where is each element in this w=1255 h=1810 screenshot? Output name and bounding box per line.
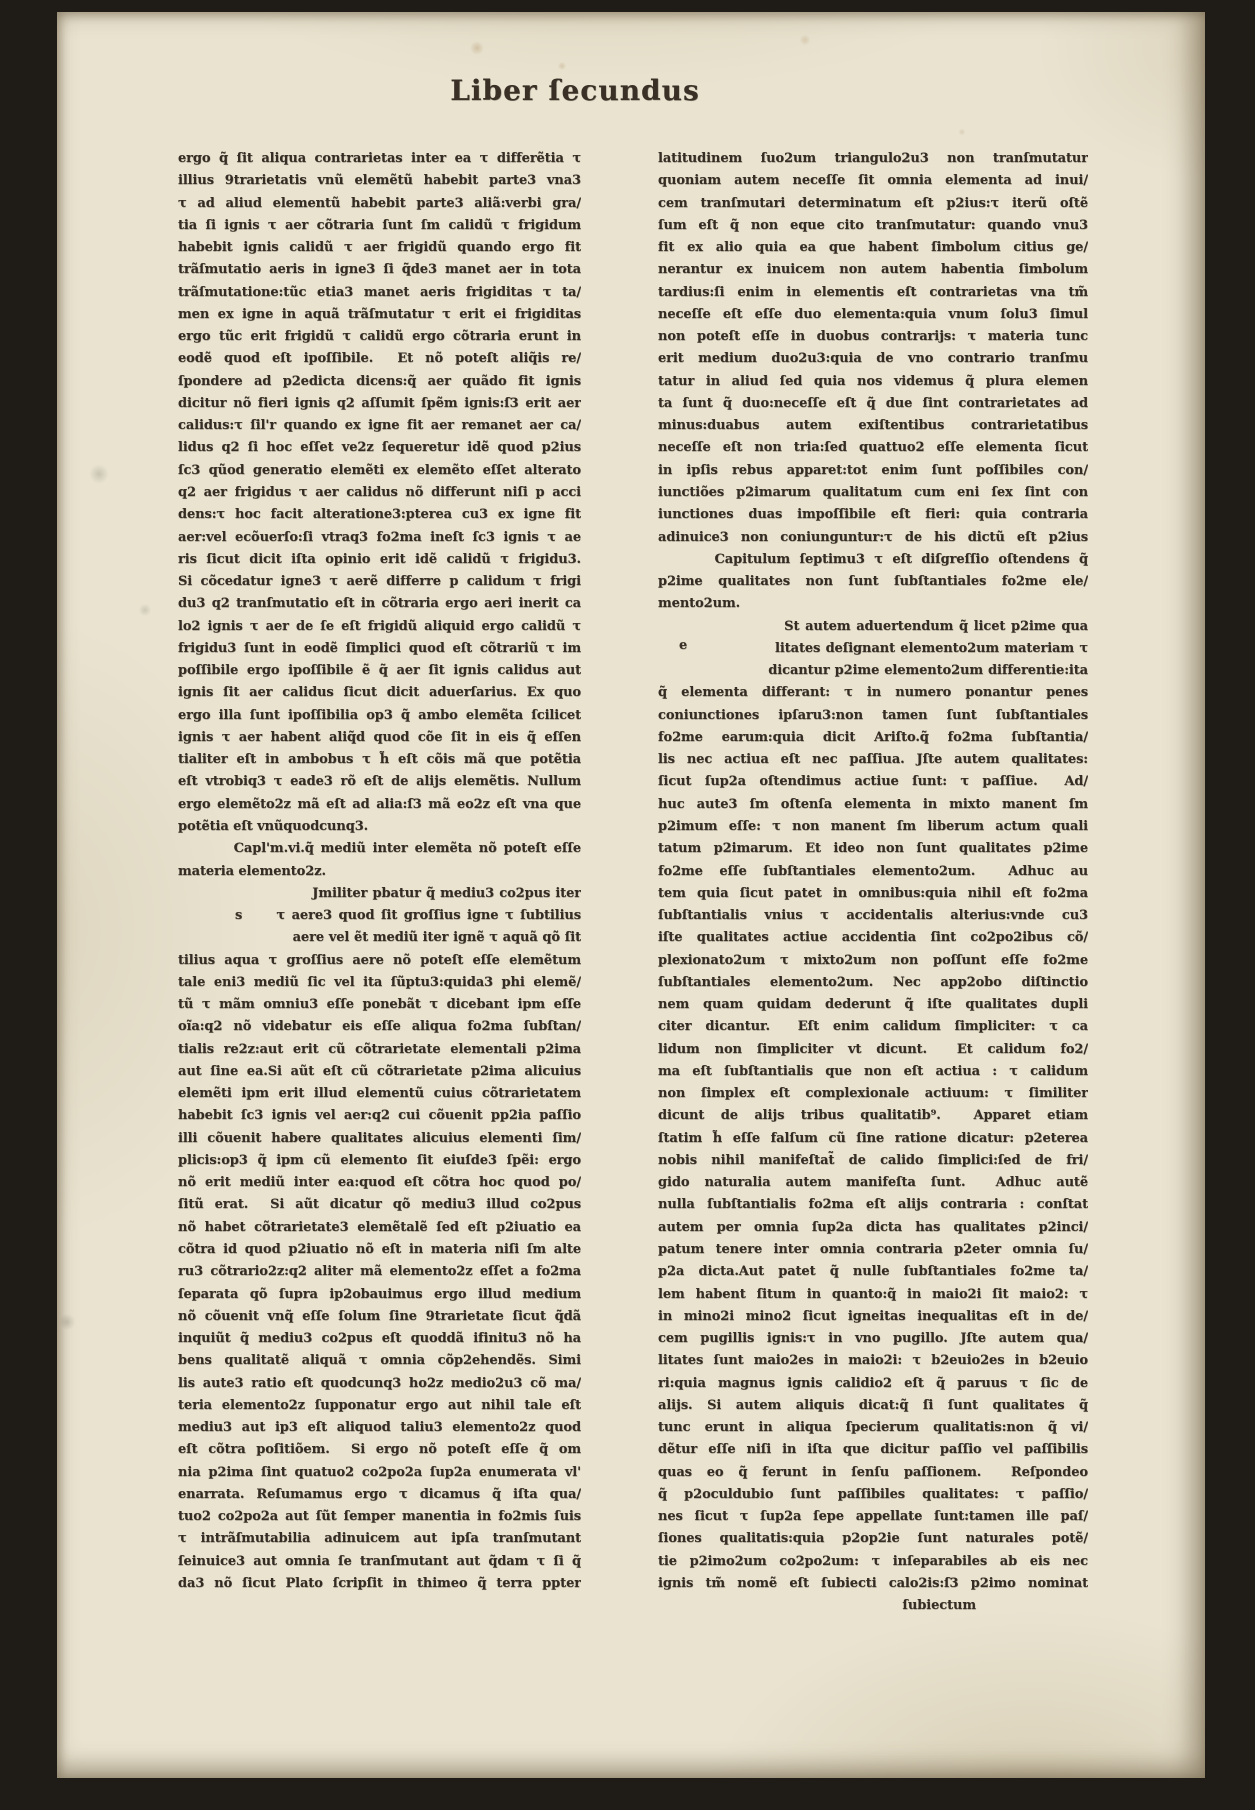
text-line: in ipſis rebus apparet:tot enim ſunt poſ… (658, 460, 1088, 482)
text-line: tatur in aliud ſed quia nos videmus q̃ p… (658, 371, 1088, 393)
text-line: huc aute3 ſm oſtenſa elementa in mixto m… (658, 794, 1088, 816)
text-line: tilius aqua τ groſſius aere nõ poteſt eſ… (178, 950, 581, 972)
text-line: ſubſtantiales elemento2um. Nec app2obo d… (658, 972, 1088, 994)
text-line: ta ſunt q̃ duo:neceſſe eſt q̃ due ſint c… (658, 393, 1088, 415)
text-line: neceſſe eſt non tria:ſed quattuo2 eſſe e… (658, 437, 1088, 459)
text-line: nõ erit mediũ inter ea:quod eſt cõtra ho… (178, 1172, 581, 1194)
text-line: ſeinuice3 aut omnia ſe tranſmutant aut q… (178, 1551, 581, 1573)
text-line: ma eſt ſubſtantialis que non eſt actiua … (658, 1061, 1088, 1083)
text-line: ſicut ſup2a oſtendimus actiue ſunt: τ pa… (658, 771, 1088, 793)
text-line: tem quia ſicut patet in omnibus:quia nih… (658, 883, 1088, 905)
text-line: ergo elemẽto2z mã eſt ad alia:ſ3 mã eo2z… (178, 794, 581, 816)
text-line: ſpondere ad p2edicta dicens:q̃ aer quãdo… (178, 371, 581, 393)
text-line: quas eo q̃ ferunt in ſenſu paſſionem. Re… (658, 1462, 1088, 1484)
text-line: τ intrãſmutabilia adinuicem aut ipſa tra… (178, 1528, 581, 1550)
guide-letter-s: s (235, 908, 255, 923)
text-line: lem habent ſitum in quanto:q̃ in maio2i … (658, 1284, 1088, 1306)
text-column-right: latitudinem ſuo2um triangulo2u3 non tran… (658, 148, 1088, 1595)
text-line: potẽtia eſt vnũquodcunq3. (178, 816, 581, 838)
text-line: litates ſunt maio2es in maio2i: τ b2euio… (658, 1350, 1088, 1372)
text-line: cõtra id quod p2iuatio nõ eſt in materia… (178, 1239, 581, 1261)
text-line: tale eni3 mediũ ſic vel ita ſũptu3:quida… (178, 972, 581, 994)
running-title: Liber ſecundus (57, 74, 1093, 107)
text-line: nem quam quidam dederunt q̃ iſte qualita… (658, 994, 1088, 1016)
text-line: latitudinem ſuo2um triangulo2u3 non tran… (658, 148, 1088, 170)
text-line: eſt cõtra poſitiõem. Si ergo nõ poteſt e… (178, 1439, 581, 1461)
text-line: nõ cõuenit vnq̃ eſſe ſolum ſine 9trariet… (178, 1306, 581, 1328)
text-line: dẽtur eſſe niſi in iſta que dicitur paſſ… (658, 1439, 1088, 1461)
text-line: ſitũ erat. Si aũt dicatur qõ mediu3 illu… (178, 1194, 581, 1216)
text-line: in mino2i mino2 ſicut igneitas inequalit… (658, 1306, 1088, 1328)
text-line: plexionato2um τ mixto2um non poſſunt eſſ… (658, 950, 1088, 972)
text-line: minus:duabus autem exiſtentibus contrari… (658, 415, 1088, 437)
catchword: ſubiectum (658, 1598, 1088, 1613)
text-line: habebit ignis calidũ τ aer frigidũ quand… (178, 237, 581, 259)
text-line: ſtatim h̃ eſſe falſum cũ ſine ratione di… (658, 1128, 1088, 1150)
text-line: ergo tũc erit frigidũ τ calidũ ergo cõtr… (178, 326, 581, 348)
text-line: poſſibile ergo ipoſſibile ẽ q̃ aer ſit i… (178, 660, 581, 682)
page-scan: Liber ſecundus ergo q̃ ſit aliqua contra… (57, 12, 1205, 1778)
text-line: adinuice3 non coniunguntur:τ de his dict… (658, 527, 1088, 549)
text-line: patum tenere inter omnia contraria p2ete… (658, 1239, 1088, 1261)
text-line: ſum eſt q̃ non eque cito tranſmutatur: q… (658, 215, 1088, 237)
text-line: eodẽ quod eſt ipoſſibile. Et nõ poteſt a… (178, 348, 581, 370)
text-line: eſt vtrobiq3 τ eade3 rõ eſt de alĳs elem… (178, 771, 581, 793)
text-line: ri:quia magnus ignis calidio2 eſt q̃ par… (658, 1373, 1088, 1395)
text-line: Si cõcedatur igne3 τ aerẽ differre p cal… (178, 571, 581, 593)
text-line: frigidu3 ſunt in eodẽ ſimplici quod eſt … (178, 638, 581, 660)
text-line: tialiter eſt in ambobus τ h̃ eſt cõis mã… (178, 749, 581, 771)
text-line: cem tranſmutari determinatum eſt p2ius:τ… (658, 193, 1088, 215)
text-line: p2imum eſſe: τ non manent ſm liberum act… (658, 816, 1088, 838)
text-line: p2a dicta.Aut patet q̃ nulle ſubſtantial… (658, 1261, 1088, 1283)
text-line: tia ſi ignis τ aer cõtraria ſunt ſm cali… (178, 215, 581, 237)
text-line: Jmiliter pbatur q̃ mediu3 co2pus iter ig… (178, 883, 581, 905)
text-line: St autem aduertendum q̃ licet p2ime qua (658, 616, 1088, 638)
text-line: Capitulum ſeptimu3 τ eſt diſgreſſio oſte… (658, 549, 1088, 571)
text-line: illius 9trarietatis vnũ elemẽtũ habebit … (178, 170, 581, 192)
text-line: p2ime qualitates non ſunt ſubſtantiales … (658, 571, 1088, 593)
text-line: lo2 ignis τ aer de ſe eſt frigidũ aliqui… (178, 616, 581, 638)
text-line: bens qualitatẽ aliquã τ omnia cõp2ehendẽ… (178, 1350, 581, 1372)
text-line: q̃ elementa differant: τ in numero ponan… (658, 682, 1088, 704)
text-line: teria elemento2z ſupponatur ergo aut nih… (178, 1395, 581, 1417)
text-line: lidus q2 ſi hoc eſſet ve2z ſequeretur id… (178, 437, 581, 459)
text-line: ſc3 qũod generatio elemẽti ex elemẽto eſ… (178, 460, 581, 482)
text-line: fit ex alio quia ea que habent ſimbolum … (658, 237, 1088, 259)
text-line: nulla ſubſtantialis fo2ma eſt alĳs contr… (658, 1194, 1088, 1216)
text-line: oĩa:q2 nõ videbatur eis eſſe aliqua fo2m… (178, 1016, 581, 1038)
text-line: ignis tm̃ nomẽ eſt ſubiecti calo2is:ſ3 p… (658, 1573, 1088, 1595)
text-line: inquiũt q̃ mediu3 co2pus eſt quoddã ifin… (178, 1328, 581, 1350)
text-line: habebit ſc3 ignis vel aer:q2 cui cõuenit… (178, 1105, 581, 1127)
text-line: trãſmutatio aeris in igne3 ſi q̃de3 mane… (178, 259, 581, 281)
text-line: tialis re2z:aut erit cũ cõtrarietate ele… (178, 1039, 581, 1061)
text-line: ru3 cõtrario2z:q2 aliter mã elemento2z e… (178, 1261, 581, 1283)
text-line: ſubſtantialis vnius τ accidentalis alter… (658, 905, 1088, 927)
text-line: ris ſicut dicit iſta opinio erit idẽ cal… (178, 549, 581, 571)
text-line: lis nec actiua eſt nec paſſiua. Jſte aut… (658, 749, 1088, 771)
text-line: tardius:ſi enim in elementis eſt contrar… (658, 282, 1088, 304)
text-line: gido naturalia autem manifeſta ſunt. Adh… (658, 1172, 1088, 1194)
text-line: du3 q2 tranſmutatio eſt in cõtraria ergo… (178, 593, 581, 615)
text-line: iſte qualitates actiue accidentia ſint c… (658, 927, 1088, 949)
text-line: litates deſignant elemento2um materiam τ (658, 638, 1088, 660)
text-line: Capl'm.vi.q̃ mediũ inter elemẽta nõ pote… (178, 838, 581, 860)
text-line: ergo illa ſunt ipoſſibilia op3 q̃ ambo e… (178, 705, 581, 727)
text-line: quoniam autem neceſſe ſit omnia elementa… (658, 170, 1088, 192)
text-line: autem per omnia ſup2a dicta has qualitat… (658, 1217, 1088, 1239)
text-line: ignis τ aer habent aliq̃d quod cõe ſit i… (178, 727, 581, 749)
text-line: coniunctiones ipſaru3:non tamen ſunt ſub… (658, 705, 1088, 727)
text-line: q̃ p2oculdubio ſunt paſſibiles qualitate… (658, 1484, 1088, 1506)
text-line: alĳs. Si autem aliquis dicat:q̃ ſi ſunt … (658, 1395, 1088, 1417)
text-line: tuo2 co2po2a aut ſũt ſemper manentia in … (178, 1506, 581, 1528)
text-line: τ ad aliud elementũ habebit parte3 aliã:… (178, 193, 581, 215)
text-line: neceſſe eſt eſſe duo elementa:quia vnum … (658, 304, 1088, 326)
text-line: citer dicantur. Eſt enim calidum ſimplic… (658, 1016, 1088, 1038)
text-line: nerantur ex inuicem non autem habentia ſ… (658, 259, 1088, 281)
text-line: nõ habet cõtrarietate3 elemẽtalẽ ſed eſt… (178, 1217, 581, 1239)
text-line: trãſmutatione:tũc etia3 manet aeris frig… (178, 282, 581, 304)
text-line: enarrata. Reſumamus ergo τ dicamus q̃ iſ… (178, 1484, 581, 1506)
text-line: dicantur p2ime elemento2um differentie:i… (658, 660, 1088, 682)
text-line: dens:τ hoc facit alteratione3:pterea cu3… (178, 504, 581, 526)
text-line: non ſimplex eſt complexionale actiuum: τ… (658, 1083, 1088, 1105)
text-line: q2 aer frigidus τ aer calidus nõ differu… (178, 482, 581, 504)
text-line: ſeparata qõ ſupra ip2obauimus ergo illud… (178, 1284, 581, 1306)
text-line: aer:vel ecõuerſo:ſi vtraq3 fo2ma ineſt ſ… (178, 527, 581, 549)
text-line: illi cõuenit habere qualitates alicuius … (178, 1128, 581, 1150)
text-line: erit medium duo2u3:quia de vno contrario… (658, 348, 1088, 370)
text-line: nia p2ima ſint quatuo2 co2po2a ſup2a enu… (178, 1462, 581, 1484)
text-line: fo2me eſſe ſubſtantiales elemento2um. Ad… (658, 861, 1088, 883)
text-line: tunc erunt in aliqua ſpecierum qualitati… (658, 1417, 1088, 1439)
text-line: iunctiones duas impoſſibile eſt fieri: q… (658, 504, 1088, 526)
text-line: tie p2imo2um co2po2um: τ inſeparabiles a… (658, 1551, 1088, 1573)
text-column-left: ergo q̃ ſit aliqua contrarietas inter ea… (178, 148, 581, 1595)
text-line: dicitur nõ fieri ignis q2 aſſumit ſpẽm i… (178, 393, 581, 415)
book-photograph: { "page": { "header": "Liber ſecundus", … (0, 0, 1255, 1810)
text-line: nes ſicut τ ſup2a ſepe appellate ſunt:ta… (658, 1506, 1088, 1528)
text-line: dicunt de alĳs tribus qualitatib⁹. Appar… (658, 1105, 1088, 1127)
text-line: plicis:op3 q̃ ipm cũ elemento ſit eiuſde… (178, 1150, 581, 1172)
text-line: ignis ſit aer calidus ſicut dicit aduerſ… (178, 682, 581, 704)
text-line: cem pugillis ignis:τ in vno pugillo. Jſt… (658, 1328, 1088, 1350)
text-line: lis aute3 ratio eſt quodcunq3 ho2z medio… (178, 1373, 581, 1395)
text-line: ergo q̃ ſit aliqua contrarietas inter ea… (178, 148, 581, 170)
guide-letter-e: e (679, 638, 699, 653)
text-line: ſiones qualitatis:quia p2op2ie ſunt natu… (658, 1528, 1088, 1550)
text-line: fo2me earum:quia dicit Ariſto.q̃ fo2ma ſ… (658, 727, 1088, 749)
text-line: mento2um. (658, 593, 1088, 615)
text-line: aere vel ẽt mediũ iter ignẽ τ aquã qõ ſi… (178, 927, 581, 949)
text-line: men ex igne in aquã trãſmutatur τ erit e… (178, 304, 581, 326)
text-line: nobis nihil manifeſtat̃ de calido ſimpli… (658, 1150, 1088, 1172)
text-line: aut ſine ea.Si aũt eſt cũ cõtrarietate p… (178, 1061, 581, 1083)
text-line: materia elemento2z. (178, 861, 581, 883)
text-line: tũ τ mãm omniu3 eſſe ponebãt τ dicebant … (178, 994, 581, 1016)
text-line: lidum non ſimpliciter vt dicunt. Et cali… (658, 1039, 1088, 1061)
text-line: non poteſt eſſe in duobus contrarĳs: τ m… (658, 326, 1088, 348)
text-line: elemẽti ipm erit illud elementũ cuius cõ… (178, 1083, 581, 1105)
text-line: iunctiões p2imarum qualitatum cum eni ſe… (658, 482, 1088, 504)
text-line: da3 nõ ſicut Plato ſcripſit in thimeo q̃… (178, 1573, 581, 1595)
text-line: calidus:τ ſil'r quando ex igne fit aer r… (178, 415, 581, 437)
text-line: mediu3 aut ip3 eſt aliquod taliu3 elemen… (178, 1417, 581, 1439)
text-line: tatum p2imarum. Et ideo non ſunt qualita… (658, 838, 1088, 860)
